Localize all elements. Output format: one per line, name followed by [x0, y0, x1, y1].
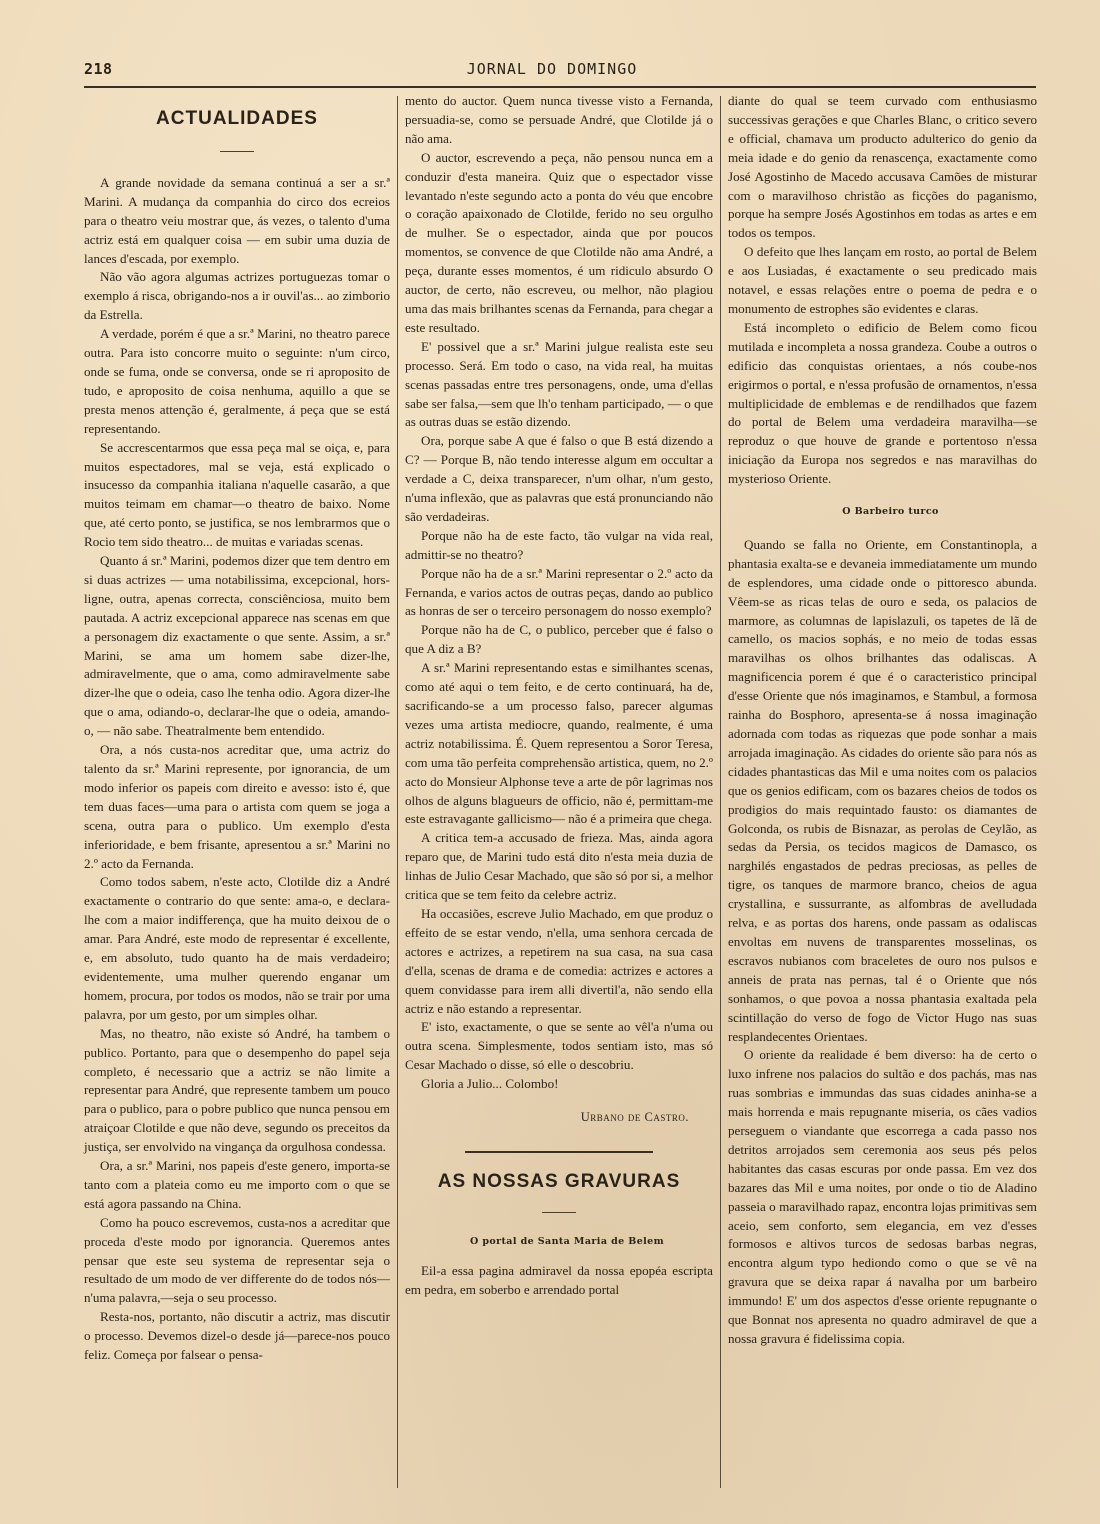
article-paragraph: Porque não ha de a sr.ª Marini represent… [405, 565, 713, 622]
masthead: JORNAL DO DOMINGO [84, 60, 1020, 78]
article-paragraph: A grande novidade da semana continuá a s… [84, 174, 390, 269]
article-paragraph: A sr.ª Marini representando estas e simi… [405, 659, 713, 829]
article-paragraph: O oriente da realidade é bem diverso: ha… [728, 1046, 1037, 1349]
article-paragraph: Gloria a Julio... Colombo! [405, 1075, 713, 1094]
article-paragraph: Não vão agora algumas actrizes portuguez… [84, 268, 390, 325]
article-paragraph: Ora, porque sabe A que é falso o que B e… [405, 432, 713, 527]
column-3: diante do qual se teem curvado com enthu… [728, 92, 1037, 1349]
article-paragraph: Como ha pouco escrevemos, custa-nos a ac… [84, 1214, 390, 1309]
section-title-gravuras: AS NOSSAS GRAVURAS [405, 1173, 713, 1192]
subhead-portal: O portal de Santa Maria de Belem [405, 1233, 713, 1252]
article-paragraph: O defeito que lhes lançam em rosto, ao p… [728, 243, 1037, 319]
article-paragraph: Porque não ha de este facto, tão vulgar … [405, 527, 713, 565]
article-paragraph: Eil-a essa pagina admiravel da nossa epo… [405, 1262, 713, 1300]
article-paragraph: O auctor, escrevendo a peça, não pensou … [405, 149, 713, 338]
article-paragraph: E' isto, exactamente, o que se sente ao … [405, 1018, 713, 1075]
author-signature: Urbano de Castro. [405, 1108, 713, 1127]
article-paragraph: mento do auctor. Quem nunca tivesse vist… [405, 92, 713, 149]
article-paragraph: A critica tem-a accusado de frieza. Mas,… [405, 829, 713, 905]
article-paragraph: A verdade, porém é que a sr.ª Marini, no… [84, 325, 390, 438]
header-rule [84, 86, 1036, 88]
article-paragraph: Mas, no theatro, não existe só André, ha… [84, 1025, 390, 1157]
column-divider [720, 96, 721, 1488]
article-paragraph: Ha occasiões, escreve Julio Machado, em … [405, 905, 713, 1018]
article-paragraph: Ora, a nós custa-nos acreditar que, uma … [84, 741, 390, 873]
column-1: ACTUALIDADES A grande novidade da semana… [84, 92, 390, 1365]
article-paragraph: Se accrescentarmos que essa peça mal se … [84, 439, 390, 552]
article-paragraph: diante do qual se teem curvado com enthu… [728, 92, 1037, 243]
article-paragraph: Ora, a sr.ª Marini, nos papeis d'este ge… [84, 1157, 390, 1214]
page-header: 218 JORNAL DO DOMINGO [84, 60, 1020, 84]
article-paragraph: Como todos sabem, n'este acto, Clotilde … [84, 873, 390, 1024]
article-paragraph: Porque não ha de C, o publico, perceber … [405, 621, 713, 659]
column-divider [397, 96, 398, 1488]
article-paragraph: Está incompleto o edificio de Belem como… [728, 319, 1037, 489]
article-paragraph: Quando se falla no Oriente, em Constanti… [728, 536, 1037, 1046]
subhead-barbeiro: O Barbeiro turco [728, 503, 1037, 522]
section-title-actualidades: ACTUALIDADES [84, 110, 390, 129]
article-paragraph: E' possivel que a sr.ª Marini julgue rea… [405, 338, 713, 433]
article-paragraph: Quanto á sr.ª Marini, podemos dizer que … [84, 552, 390, 741]
column-2: mento do auctor. Quem nunca tivesse vist… [405, 92, 713, 1300]
article-paragraph: Resta-nos, portanto, não discutir a actr… [84, 1308, 390, 1365]
